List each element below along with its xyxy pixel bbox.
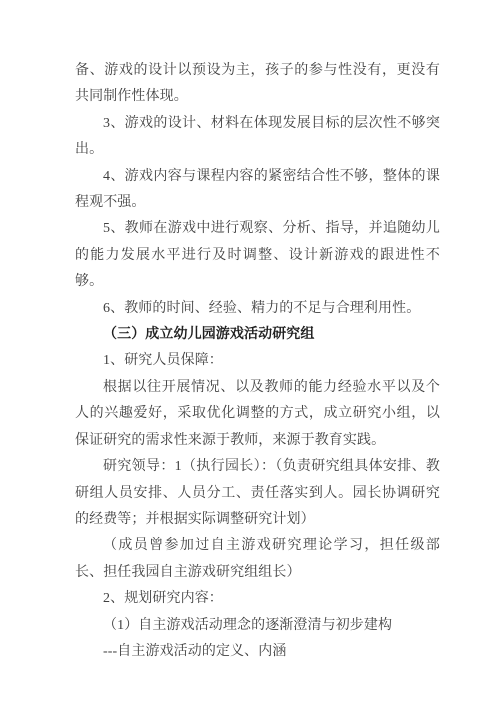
paragraph: 3、游戏的设计、材料在体现发展目标的层次性不够突出。 xyxy=(75,111,440,164)
paragraph: ---自主游戏活动的定义、内涵 xyxy=(75,639,440,665)
page-body: 备、游戏的设计以预设为主，孩子的参与性没有，更没有共同制作性体现。3、游戏的设计… xyxy=(75,58,440,665)
paragraph: 4、游戏内容与课程内容的紧密结合性不够，整体的课程观不强。 xyxy=(75,164,440,217)
paragraph: 根据以往开展情况、以及教师的能力经验水平以及个人的兴趣爱好，采取优化调整的方式，… xyxy=(75,375,440,454)
paragraph: 2、规划研究内容： xyxy=(75,586,440,612)
paragraph: 备、游戏的设计以预设为主，孩子的参与性没有，更没有共同制作性体现。 xyxy=(75,58,440,111)
paragraph: （三）成立幼儿园游戏活动研究组 xyxy=(75,322,440,348)
paragraph: （1）自主游戏活动理念的逐渐澄清与初步建构 xyxy=(75,613,440,639)
paragraph: 6、教师的时间、经验、精力的不足与合理利用性。 xyxy=(75,296,440,322)
paragraph: （成员曾参加过自主游戏研究理论学习，担任级部长、担任我园自主游戏研究组组长） xyxy=(75,533,440,586)
document-page: 备、游戏的设计以预设为主，孩子的参与性没有，更没有共同制作性体现。3、游戏的设计… xyxy=(0,0,500,707)
paragraph: 1、研究人员保障： xyxy=(75,348,440,374)
paragraph: 研究领导：1（执行园长）：（负责研究组具体安排、教研组人员安排、人员分工、责任落… xyxy=(75,454,440,533)
paragraph: 5、教师在游戏中进行观察、分析、指导，并追随幼儿的能力发展水平进行及时调整、设计… xyxy=(75,216,440,295)
